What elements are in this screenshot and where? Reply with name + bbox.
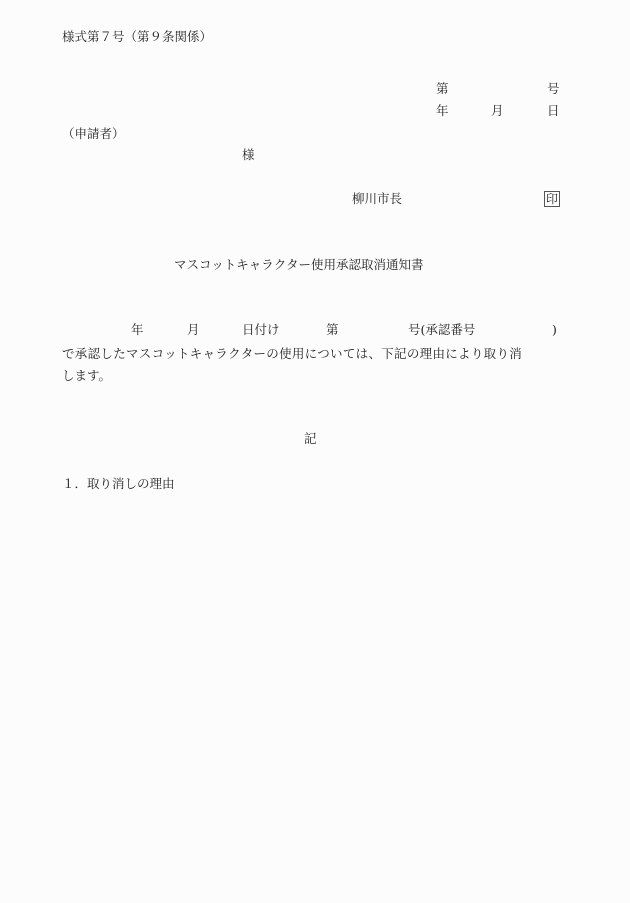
form-number: 様式第７号（第９条関係） (62, 31, 212, 44)
ki-heading: 記 (304, 433, 317, 446)
applicant-label: （申請者） (62, 128, 125, 141)
item-1-reason: １．取り消しの理由 (62, 478, 175, 491)
reference-go: 号 (547, 83, 560, 96)
body-line-3: します。 (62, 370, 111, 383)
seal-mark: 印 (544, 191, 560, 207)
body-year: 年 (131, 324, 144, 337)
reference-dai: 第 (436, 83, 449, 96)
date-month: 月 (491, 105, 504, 118)
sama-honorific: 様 (242, 149, 255, 162)
document-title: マスコットキャラクター使用承認取消通知書 (174, 259, 424, 272)
date-day: 日 (547, 105, 560, 118)
body-day-dated: 日付け (242, 324, 280, 337)
body-close-paren: ) (552, 324, 557, 337)
issuer-name: 柳川市長 (352, 193, 402, 206)
body-go-approval: 号(承認番号 (408, 324, 475, 337)
body-line-2: で承認したマスコットキャラクターの使用については、下記の理由により取り消 (62, 348, 522, 361)
body-month: 月 (187, 324, 200, 337)
body-dai: 第 (326, 324, 339, 337)
date-year: 年 (436, 105, 449, 118)
